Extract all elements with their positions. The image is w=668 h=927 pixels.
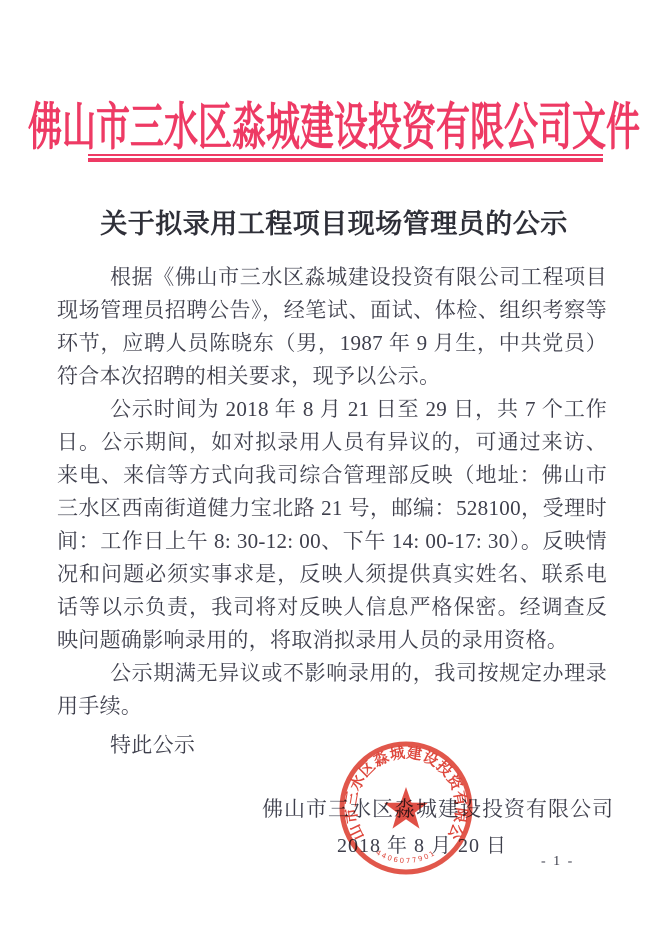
document-title: 关于拟录用工程项目现场管理员的公示 xyxy=(0,202,668,241)
page-number: - 1 - xyxy=(541,854,574,870)
red-header-banner: 佛山市三水区淼城建设投资有限公司文件 xyxy=(0,86,668,135)
red-header-text: 佛山市三水区淼城建设投资有限公司文件 xyxy=(28,86,640,160)
paragraph-basis: 根据《佛山市三水区淼城建设投资有限公司工程项目现场管理员招聘公告》，经笔试、面试… xyxy=(57,261,607,393)
header-divider xyxy=(88,154,603,162)
paragraph-procedure: 公示期满无异议或不影响录用的，我司按规定办理录用手续。 xyxy=(57,657,607,723)
divider-thin-line xyxy=(88,154,603,156)
signature-date: 2018 年 8 月 20 日 xyxy=(337,829,507,858)
document-body: 根据《佛山市三水区淼城建设投资有限公司工程项目现场管理员招聘公告》，经笔试、面试… xyxy=(57,261,607,762)
divider-thick-line xyxy=(88,158,603,162)
document-page: 佛山市三水区淼城建设投资有限公司文件 关于拟录用工程项目现场管理员的公示 根据《… xyxy=(0,0,668,927)
closing-phrase: 特此公示 xyxy=(57,729,607,762)
signature-company-name: 佛山市三水区淼城建设投资有限公司 xyxy=(262,793,614,823)
paragraph-publicity-period: 公示时间为 2018 年 8 月 21 日至 29 日，共 7 个工作日。公示期… xyxy=(57,393,607,657)
